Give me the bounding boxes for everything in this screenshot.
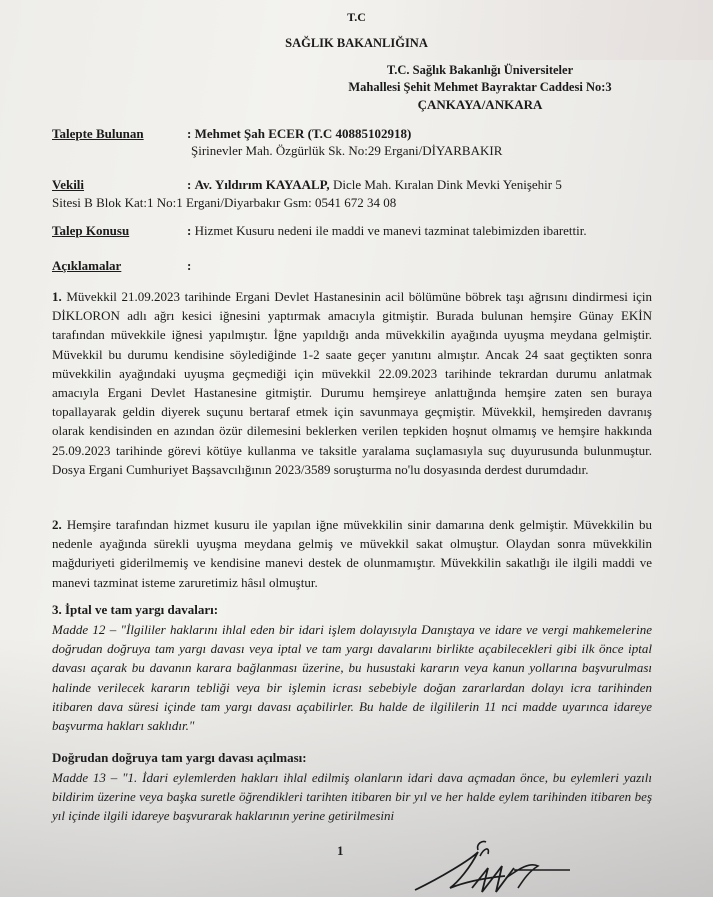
paragraph-1-number: 1. — [52, 289, 62, 304]
applicant-value: Mehmet Şah ECER (T.C 40885102918) — [195, 126, 412, 141]
address-line-3: ÇANKAYA/ANKARA — [330, 96, 630, 113]
attorney-field: Vekili: Av. Yıldırım KAYAALP, Dicle Mah.… — [52, 176, 652, 212]
section-3-title: 3. İptal ve tam yargı davaları: — [52, 602, 218, 618]
paragraph-2-number: 2. — [52, 517, 62, 532]
header-tc: T.C — [0, 10, 713, 25]
section-4-quote: Madde 13 – "1. İdari eylemlerden hakları… — [52, 768, 652, 826]
attorney-label: Vekili — [52, 176, 187, 194]
attorney-colon: : — [187, 177, 191, 192]
applicant-address: Şirinevler Mah. Özgürlük Sk. No:29 Ergan… — [52, 142, 652, 159]
applicant-label: Talepte Bulunan — [52, 125, 187, 142]
signature-icon — [410, 838, 580, 896]
recipient-address: T.C. Sağlık Bakanlığı Üniversiteler Maha… — [330, 62, 630, 113]
section-3-quote: Madde 12 – "İlgililer haklarını ihlal ed… — [52, 620, 652, 735]
paragraph-2-text: Hemşire tarafından hizmet kusuru ile yap… — [52, 517, 652, 590]
applicant-field: Talepte Bulunan: Mehmet Şah ECER (T.C 40… — [52, 125, 652, 159]
attorney-address-1: Dicle Mah. Kıralan Dink Mevki Yenişehir … — [330, 177, 562, 192]
subject-colon: : — [187, 223, 191, 238]
paragraph-1: 1. Müvekkil 21.09.2023 tarihinde Ergani … — [52, 287, 652, 479]
address-line-2: Mahallesi Şehit Mehmet Bayraktar Caddesi… — [330, 79, 630, 96]
header-ministry: SAĞLIK BAKANLIĞINA — [0, 36, 713, 51]
attorney-address-2: Sitesi B Blok Kat:1 No:1 Ergani/Diyarbak… — [52, 194, 652, 212]
explanations-label: Açıklamalar — [52, 257, 187, 274]
paragraph-2: 2. Hemşire tarafından hizmet kusuru ile … — [52, 515, 652, 592]
address-line-1: T.C. Sağlık Bakanlığı Üniversiteler — [330, 62, 630, 79]
petition-page: T.C SAĞLIK BAKANLIĞINA T.C. Sağlık Bakan… — [0, 0, 713, 897]
paragraph-1-text: Müvekkil 21.09.2023 tarihinde Ergani Dev… — [52, 289, 652, 477]
explanations-colon: : — [187, 258, 191, 273]
section-4-title: Doğrudan doğruya tam yargı davası açılma… — [52, 750, 307, 766]
subject-field: Talep Konusu: Hizmet Kusuru nedeni ile m… — [52, 222, 652, 239]
attorney-name: Av. Yıldırım KAYAALP, — [195, 177, 330, 192]
explanations-field: Açıklamalar: — [52, 257, 652, 274]
subject-label: Talep Konusu — [52, 222, 187, 239]
page-number: 1 — [337, 843, 344, 859]
subject-value: Hizmet Kusuru nedeni ile maddi ve manevi… — [195, 223, 587, 238]
applicant-colon: : — [187, 126, 191, 141]
